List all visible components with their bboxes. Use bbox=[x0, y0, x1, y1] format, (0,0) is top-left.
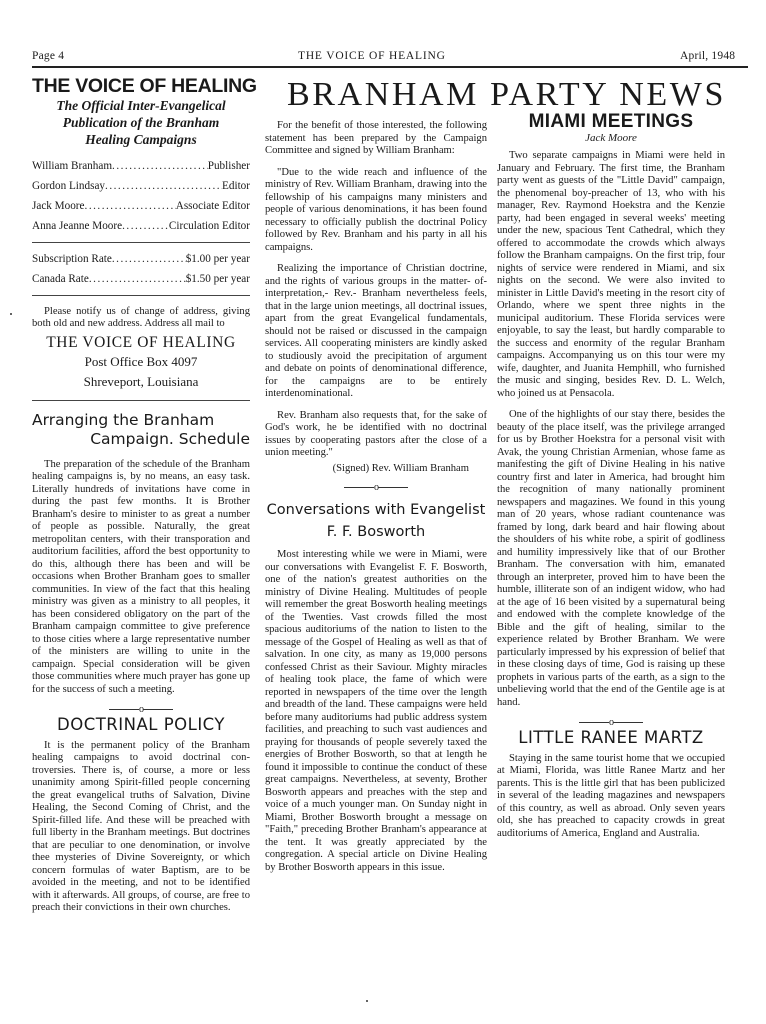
staff-row: William BranhamPublisher bbox=[32, 156, 250, 176]
page-number: Page 4 bbox=[32, 50, 64, 62]
middle-column: For the benefit of those interested, the… bbox=[265, 120, 487, 883]
address-line-2: Shreveport, Louisiana bbox=[32, 372, 250, 392]
staff-row: Gordon LindsayEditor bbox=[32, 176, 250, 196]
staff-row: Anna Jeanne MooreCirculation Editor bbox=[32, 216, 250, 236]
branham-party-news-title: BRANHAM PARTY NEWS bbox=[287, 76, 726, 114]
arranging-body: The preparation of the schedule of the B… bbox=[32, 459, 250, 697]
running-title: THE VOICE OF HEALING bbox=[298, 50, 446, 62]
miami-byline: Jack Moore bbox=[497, 132, 725, 145]
section-divider: o bbox=[265, 483, 487, 493]
staff-row: Jack MooreAssociate Editor bbox=[32, 196, 250, 216]
subtitle-line: Publication of the Branham bbox=[32, 114, 250, 131]
leader-dots bbox=[112, 156, 208, 176]
left-column: THE VOICE OF HEALING The Official Inter-… bbox=[32, 80, 250, 924]
heading-line: Conversations with Evangelist bbox=[265, 499, 487, 521]
staff-name: Jack Moore bbox=[32, 196, 85, 216]
leader-dots bbox=[89, 269, 186, 289]
staff-role: Associate Editor bbox=[176, 196, 250, 216]
miami-paragraph: One of the highlights of our stay there,… bbox=[497, 409, 725, 709]
rate-row: Canada Rate$1.50 per year bbox=[32, 269, 250, 289]
rate-label: Canada Rate bbox=[32, 269, 89, 289]
rates-list: Subscription Rate$1.00 per year Canada R… bbox=[32, 249, 250, 289]
leader-dots bbox=[112, 249, 186, 269]
issue-date: April, 1948 bbox=[680, 50, 735, 62]
statement-signature: (Signed) Rev. William Branham bbox=[265, 463, 469, 476]
staff-role: Publisher bbox=[208, 156, 250, 176]
rate-value: $1.50 per year bbox=[186, 269, 250, 289]
print-speck bbox=[10, 313, 12, 315]
header-rule bbox=[32, 66, 748, 68]
heading-line: Campaign. Schedule bbox=[32, 430, 250, 449]
bosworth-heading: Conversations with Evangelist F. F. Bosw… bbox=[265, 499, 487, 543]
statement-paragraph: Realizing the importance of Christian do… bbox=[265, 263, 487, 401]
masthead-subtitle: The Official Inter-Evangelical Publicati… bbox=[32, 97, 250, 148]
rate-label: Subscription Rate bbox=[32, 249, 112, 269]
subtitle-line: Healing Campaigns bbox=[32, 131, 250, 148]
doctrinal-policy-body: It is the permanent policy of the Branha… bbox=[32, 740, 250, 915]
arranging-heading: Arranging the Branham Campaign. Schedule bbox=[32, 411, 250, 449]
staff-name: Gordon Lindsay bbox=[32, 176, 105, 196]
print-speck bbox=[366, 1000, 368, 1002]
address-notice: Please notify us of change of address, g… bbox=[32, 306, 250, 331]
divider-rule bbox=[32, 400, 250, 401]
section-divider: o bbox=[32, 705, 250, 715]
staff-name: William Branham bbox=[32, 156, 112, 176]
heading-line: F. F. Bosworth bbox=[265, 521, 487, 543]
staff-role: Editor bbox=[222, 176, 250, 196]
rate-row: Subscription Rate$1.00 per year bbox=[32, 249, 250, 269]
bosworth-body: Most interesting while we were in Miami,… bbox=[265, 549, 487, 874]
leader-dots bbox=[105, 176, 222, 196]
right-column: MIAMI MEETINGS Jack Moore Two separate c… bbox=[497, 116, 725, 849]
ranee-martz-heading: LITTLE RANEE MARTZ bbox=[497, 732, 725, 745]
divider-rule bbox=[32, 295, 250, 296]
leader-dots bbox=[122, 216, 169, 236]
subtitle-line: The Official Inter-Evangelical bbox=[32, 97, 250, 114]
miami-meetings-heading: MIAMI MEETINGS bbox=[497, 116, 725, 129]
address-line-1: Post Office Box 4097 bbox=[32, 352, 250, 372]
address-name: THE VOICE OF HEALING bbox=[32, 333, 250, 352]
staff-role: Circulation Editor bbox=[169, 216, 250, 236]
heading-line: Arranging the Branham bbox=[32, 411, 214, 429]
ranee-martz-body: Staying in the same tourist home that we… bbox=[497, 753, 725, 841]
leader-dots bbox=[85, 196, 176, 216]
statement-intro: For the benefit of those interested, the… bbox=[265, 120, 487, 158]
divider-rule bbox=[32, 242, 250, 243]
staff-list: William BranhamPublisher Gordon LindsayE… bbox=[32, 156, 250, 236]
miami-paragraph: Two separate campaigns in Miami were hel… bbox=[497, 150, 725, 400]
staff-name: Anna Jeanne Moore bbox=[32, 216, 122, 236]
statement-paragraph: Rev. Branham also requests that, for the… bbox=[265, 410, 487, 460]
statement-paragraph: "Due to the wide reach and influence of … bbox=[265, 167, 487, 255]
doctrinal-policy-heading: DOCTRINAL POLICY bbox=[32, 719, 250, 732]
section-divider: o bbox=[497, 718, 725, 728]
rate-value: $1.00 per year bbox=[186, 249, 250, 269]
masthead-title: THE VOICE OF HEALING bbox=[32, 80, 250, 93]
